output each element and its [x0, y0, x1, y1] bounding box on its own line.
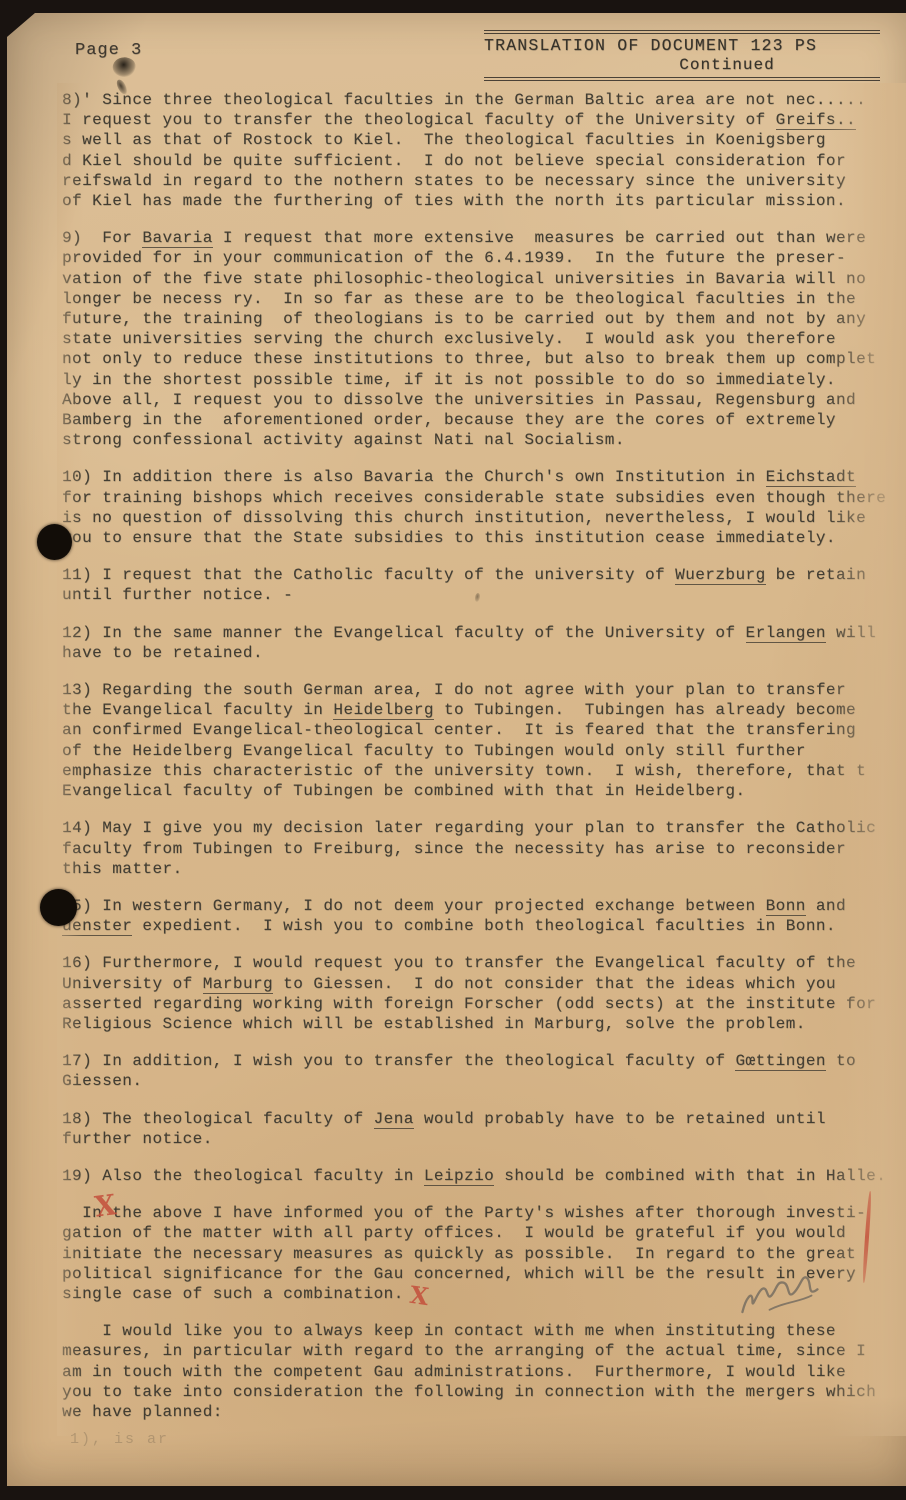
- underlined-text: Gœttingen: [735, 1052, 825, 1071]
- underlined-text: uenster: [62, 917, 132, 936]
- paragraph-15: 15) In western Germany, I do not deem yo…: [62, 896, 892, 936]
- text-line: s well as that of Rostock to Kiel. The t…: [62, 130, 892, 150]
- text-line: provided for in your communication of th…: [62, 248, 892, 268]
- text-line: uenster expedient. I wish you to combine…: [62, 916, 892, 936]
- paragraph-12: 12) In the same manner the Evangelical f…: [62, 623, 892, 663]
- underlined-text: Wuerzburg: [675, 566, 765, 585]
- paragraph-18: 18) The theological faculty of Jena woul…: [62, 1109, 892, 1149]
- underlined-text: Bonn: [766, 897, 806, 916]
- text-line: 8)' Since three theological faculties in…: [62, 90, 892, 110]
- text-line: 9) For Bavaria I request that more exten…: [62, 228, 892, 248]
- faint-ghost-text: 1), is ar: [70, 1431, 169, 1448]
- text-line: future, the training of theologians is t…: [62, 309, 892, 329]
- text-line: of the Heidelberg Evangelical faculty to…: [62, 741, 892, 761]
- text-line: 18) The theological faculty of Jena woul…: [62, 1109, 892, 1129]
- text-line: 17) In addition, I wish you to transfer …: [62, 1051, 892, 1071]
- text-line: In the above I have informed you of the …: [62, 1203, 892, 1223]
- text-line: 16) Furthermore, I would request you to …: [62, 953, 892, 973]
- text-line: have to be retained.: [62, 643, 892, 663]
- text-line: of Kiel has made the furthering of ties …: [62, 191, 892, 211]
- text-line: Giessen.: [62, 1071, 892, 1091]
- text-line: not only to reduce these institutions to…: [62, 349, 892, 369]
- text-line: 11) I request that the Catholic faculty …: [62, 565, 892, 585]
- red-x-annotation-start: X: [93, 1189, 118, 1224]
- text-line: 13) Regarding the south German area, I d…: [62, 680, 892, 700]
- text-line: state universities serving the church ex…: [62, 329, 892, 349]
- text-line: Evangelical faculty of Tubingen be combi…: [62, 781, 892, 801]
- document-title: TRANSLATION OF DOCUMENT 123 PS: [484, 36, 880, 55]
- text-line: 15) In western Germany, I do not deem yo…: [62, 896, 892, 916]
- text-line: ly in the shortest possible time, if it …: [62, 370, 892, 390]
- text-line: 12) In the same manner the Evangelical f…: [62, 623, 892, 643]
- text-line: longer be necess ry. In so far as these …: [62, 289, 892, 309]
- hole-punch-top: [37, 524, 72, 560]
- page-number-label: Page 3: [75, 41, 142, 60]
- paragraph-10: 10) In addition there is also Bavaria th…: [62, 467, 892, 548]
- text-line: vation of the five state philosophic-the…: [62, 269, 892, 289]
- text-line: this matter.: [62, 859, 892, 879]
- underlined-text: Greifs..: [776, 111, 856, 130]
- underlined-text: Leipzio: [424, 1167, 494, 1186]
- text-line: Religious Science which will be establis…: [62, 1014, 892, 1034]
- paragraph-8: 8)' Since three theological faculties in…: [62, 90, 892, 211]
- text-line: 19) Also the theological faculty in Leip…: [62, 1166, 892, 1186]
- text-line: gation of the matter with all party offi…: [62, 1223, 892, 1243]
- paragraph-closing-2: I would like you to always keep in conta…: [62, 1321, 892, 1422]
- text-line: am in touch with the competent Gau admin…: [62, 1362, 892, 1382]
- underlined-text: Heidelberg: [333, 701, 434, 720]
- continued-label: Continued: [484, 55, 880, 74]
- text-line: asserted regarding working with foreign …: [62, 994, 892, 1014]
- paragraph-14: 14) May I give you my decision later reg…: [62, 818, 892, 879]
- text-line: emphasize this characteristic of the uni…: [62, 761, 892, 781]
- text-line: is no question of dissolving this church…: [62, 508, 892, 528]
- paragraph-13: 13) Regarding the south German area, I d…: [62, 680, 892, 801]
- text-line: strong confessional activity against Nat…: [62, 430, 892, 450]
- paragraph-9: 9) For Bavaria I request that more exten…: [62, 228, 892, 450]
- underlined-text: Erlangen: [746, 624, 826, 643]
- text-line: you to take into consideration the follo…: [62, 1382, 892, 1402]
- text-line: University of Marburg to Giessen. I do n…: [62, 974, 892, 994]
- text-line: further notice.: [62, 1129, 892, 1149]
- text-line: 14) May I give you my decision later reg…: [62, 818, 892, 838]
- text-line: an confirmed Evangelical-theological cen…: [62, 720, 892, 740]
- text-line: initiate the necessary measures as quick…: [62, 1244, 892, 1264]
- red-x-annotation-end: X: [408, 1280, 430, 1311]
- document-scan: Page 3 TRANSLATION OF DOCUMENT 123 PS Co…: [0, 0, 906, 1500]
- text-line: we have planned:: [62, 1402, 892, 1422]
- paragraph-17: 17) In addition, I wish you to transfer …: [62, 1051, 892, 1091]
- text-line: for training bishops which receives cons…: [62, 488, 892, 508]
- text-line: 10) In addition there is also Bavaria th…: [62, 467, 892, 487]
- text-line: faculty from Tubingen to Freiburg, since…: [62, 839, 892, 859]
- underlined-text: Jena: [374, 1110, 414, 1129]
- text-line: d Kiel should be quite sufficient. I do …: [62, 151, 892, 171]
- underlined-text: Marburg: [203, 975, 273, 994]
- text-line: Above all, I request you to dissolve the…: [62, 390, 892, 410]
- text-line: the Evangelical faculty in Heidelberg to…: [62, 700, 892, 720]
- text-line: I request you to transfer the theologica…: [62, 110, 892, 130]
- text-line: you to ensure that the State subsidies t…: [62, 528, 892, 548]
- text-line: I would like you to always keep in conta…: [62, 1321, 892, 1341]
- paragraph-16: 16) Furthermore, I would request you to …: [62, 953, 892, 1034]
- paper-sheet: Page 3 TRANSLATION OF DOCUMENT 123 PS Co…: [7, 13, 906, 1486]
- document-body: 8)' Since three theological faculties in…: [62, 90, 892, 1439]
- underlined-text: Eichstadt: [766, 468, 856, 487]
- underlined-text: Bavaria: [142, 229, 212, 248]
- text-line: reifswald in regard to the nothern state…: [62, 171, 892, 191]
- document-title-box: TRANSLATION OF DOCUMENT 123 PS Continued: [484, 30, 880, 81]
- hole-punch-bottom: [40, 889, 77, 926]
- paragraph-19: 19) Also the theological faculty in Leip…: [62, 1166, 892, 1186]
- text-line: Bamberg in the aforementioned order, bec…: [62, 410, 892, 430]
- text-line: measures, in particular with regard to t…: [62, 1341, 892, 1361]
